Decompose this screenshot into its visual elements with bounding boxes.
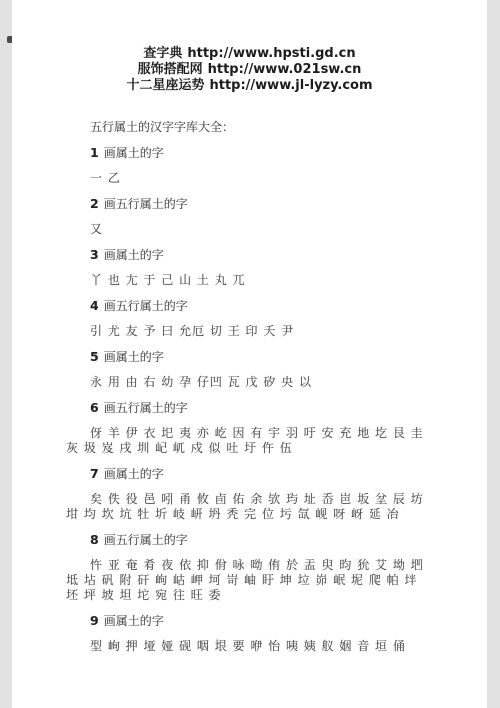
heading-label: 画五行属土的字 (104, 299, 188, 313)
heading-label: 画五行属土的字 (104, 197, 188, 211)
section-heading-4: 4画五行属土的字 (66, 298, 435, 314)
heading-label: 画属土的字 (104, 146, 164, 160)
header-link-row: 十二星座运势http://www.jl-lyzy.com (12, 78, 487, 94)
stroke-number: 8 (90, 532, 99, 547)
stroke-number: 9 (90, 613, 99, 628)
article-title: 五行属土的汉字字库大全： (66, 120, 435, 135)
heading-label: 画五行属土的字 (104, 533, 188, 547)
character-list-8: 忤 亚 奄 肴 夜 依 抑 佾 咏 呦 侑 於 盂 臾 昀 狁 艾 坳 垇 坻 … (66, 558, 435, 603)
character-list-5: 永 用 由 右 幼 孕 仔凹 瓦 戊 矽 央 以 (66, 375, 435, 390)
character-list-2: 又 (66, 222, 435, 237)
header-links: 查字典http://www.hpsti.gd.cn 服饰搭配网http://ww… (12, 46, 487, 94)
stroke-number: 2 (90, 196, 99, 211)
character-list-6: 伢 羊 伊 衣 圯 夷 亦 屹 因 有 宇 羽 吁 安 充 地 圪 艮 圭 灰 … (66, 426, 435, 456)
page-gutter-left (0, 0, 12, 708)
section-heading-5: 5画属土的字 (66, 349, 435, 365)
stroke-number: 4 (90, 298, 99, 313)
character-list-4: 引 尤 友 予 曰 允厄 切 王 印 夭 尹 (66, 324, 435, 339)
header-link-row: 查字典http://www.hpsti.gd.cn (12, 46, 487, 62)
document-page: 查字典http://www.hpsti.gd.cn 服饰搭配网http://ww… (12, 0, 487, 708)
section-heading-1: 1画属土的字 (66, 145, 435, 161)
heading-label: 画属土的字 (104, 350, 164, 364)
section-heading-3: 3画属土的字 (66, 247, 435, 263)
site-name: 查字典 (143, 46, 182, 61)
stroke-number: 6 (90, 400, 99, 415)
character-list-7: 矣 佚 役 邑 吲 甬 攸 卣 佑 余 欤 玙 址 岙 岜 坂 坌 辰 坊 坩 … (66, 492, 435, 522)
character-list-3: 丫 也 尢 于 己 山 土 丸 兀 (66, 273, 435, 288)
site-name: 十二星座运势 (126, 78, 204, 93)
site-url: http://www.hpsti.gd.cn (187, 46, 355, 61)
article-body: 五行属土的汉字字库大全： 1画属土的字 一 乙 2画五行属土的字 又 3画属土的… (12, 94, 487, 654)
character-list-1: 一 乙 (66, 171, 435, 186)
section-heading-6: 6画五行属土的字 (66, 400, 435, 416)
heading-label: 画五行属土的字 (104, 401, 188, 415)
character-list-9: 型 峋 押 垭 娅 砚 咽 垠 要 咿 怡 咦 姨 舣 姻 音 垣 俑 (66, 639, 435, 654)
stroke-number: 7 (90, 466, 99, 481)
stroke-number: 1 (90, 145, 99, 160)
stroke-number: 5 (90, 349, 99, 364)
site-name: 服饰搭配网 (138, 62, 203, 77)
heading-label: 画属土的字 (104, 467, 164, 481)
section-heading-9: 9画属土的字 (66, 613, 435, 629)
page-gutter-right (487, 0, 500, 708)
header-link-row: 服饰搭配网http://www.021sw.cn (12, 62, 487, 78)
section-heading-8: 8画五行属土的字 (66, 532, 435, 548)
site-url: http://www.jl-lyzy.com (209, 78, 372, 93)
stroke-number: 3 (90, 247, 99, 262)
heading-label: 画属土的字 (104, 248, 164, 262)
site-url: http://www.021sw.cn (208, 62, 362, 77)
heading-label: 画属土的字 (104, 614, 164, 628)
section-heading-7: 7画属土的字 (66, 466, 435, 482)
section-heading-2: 2画五行属土的字 (66, 196, 435, 212)
